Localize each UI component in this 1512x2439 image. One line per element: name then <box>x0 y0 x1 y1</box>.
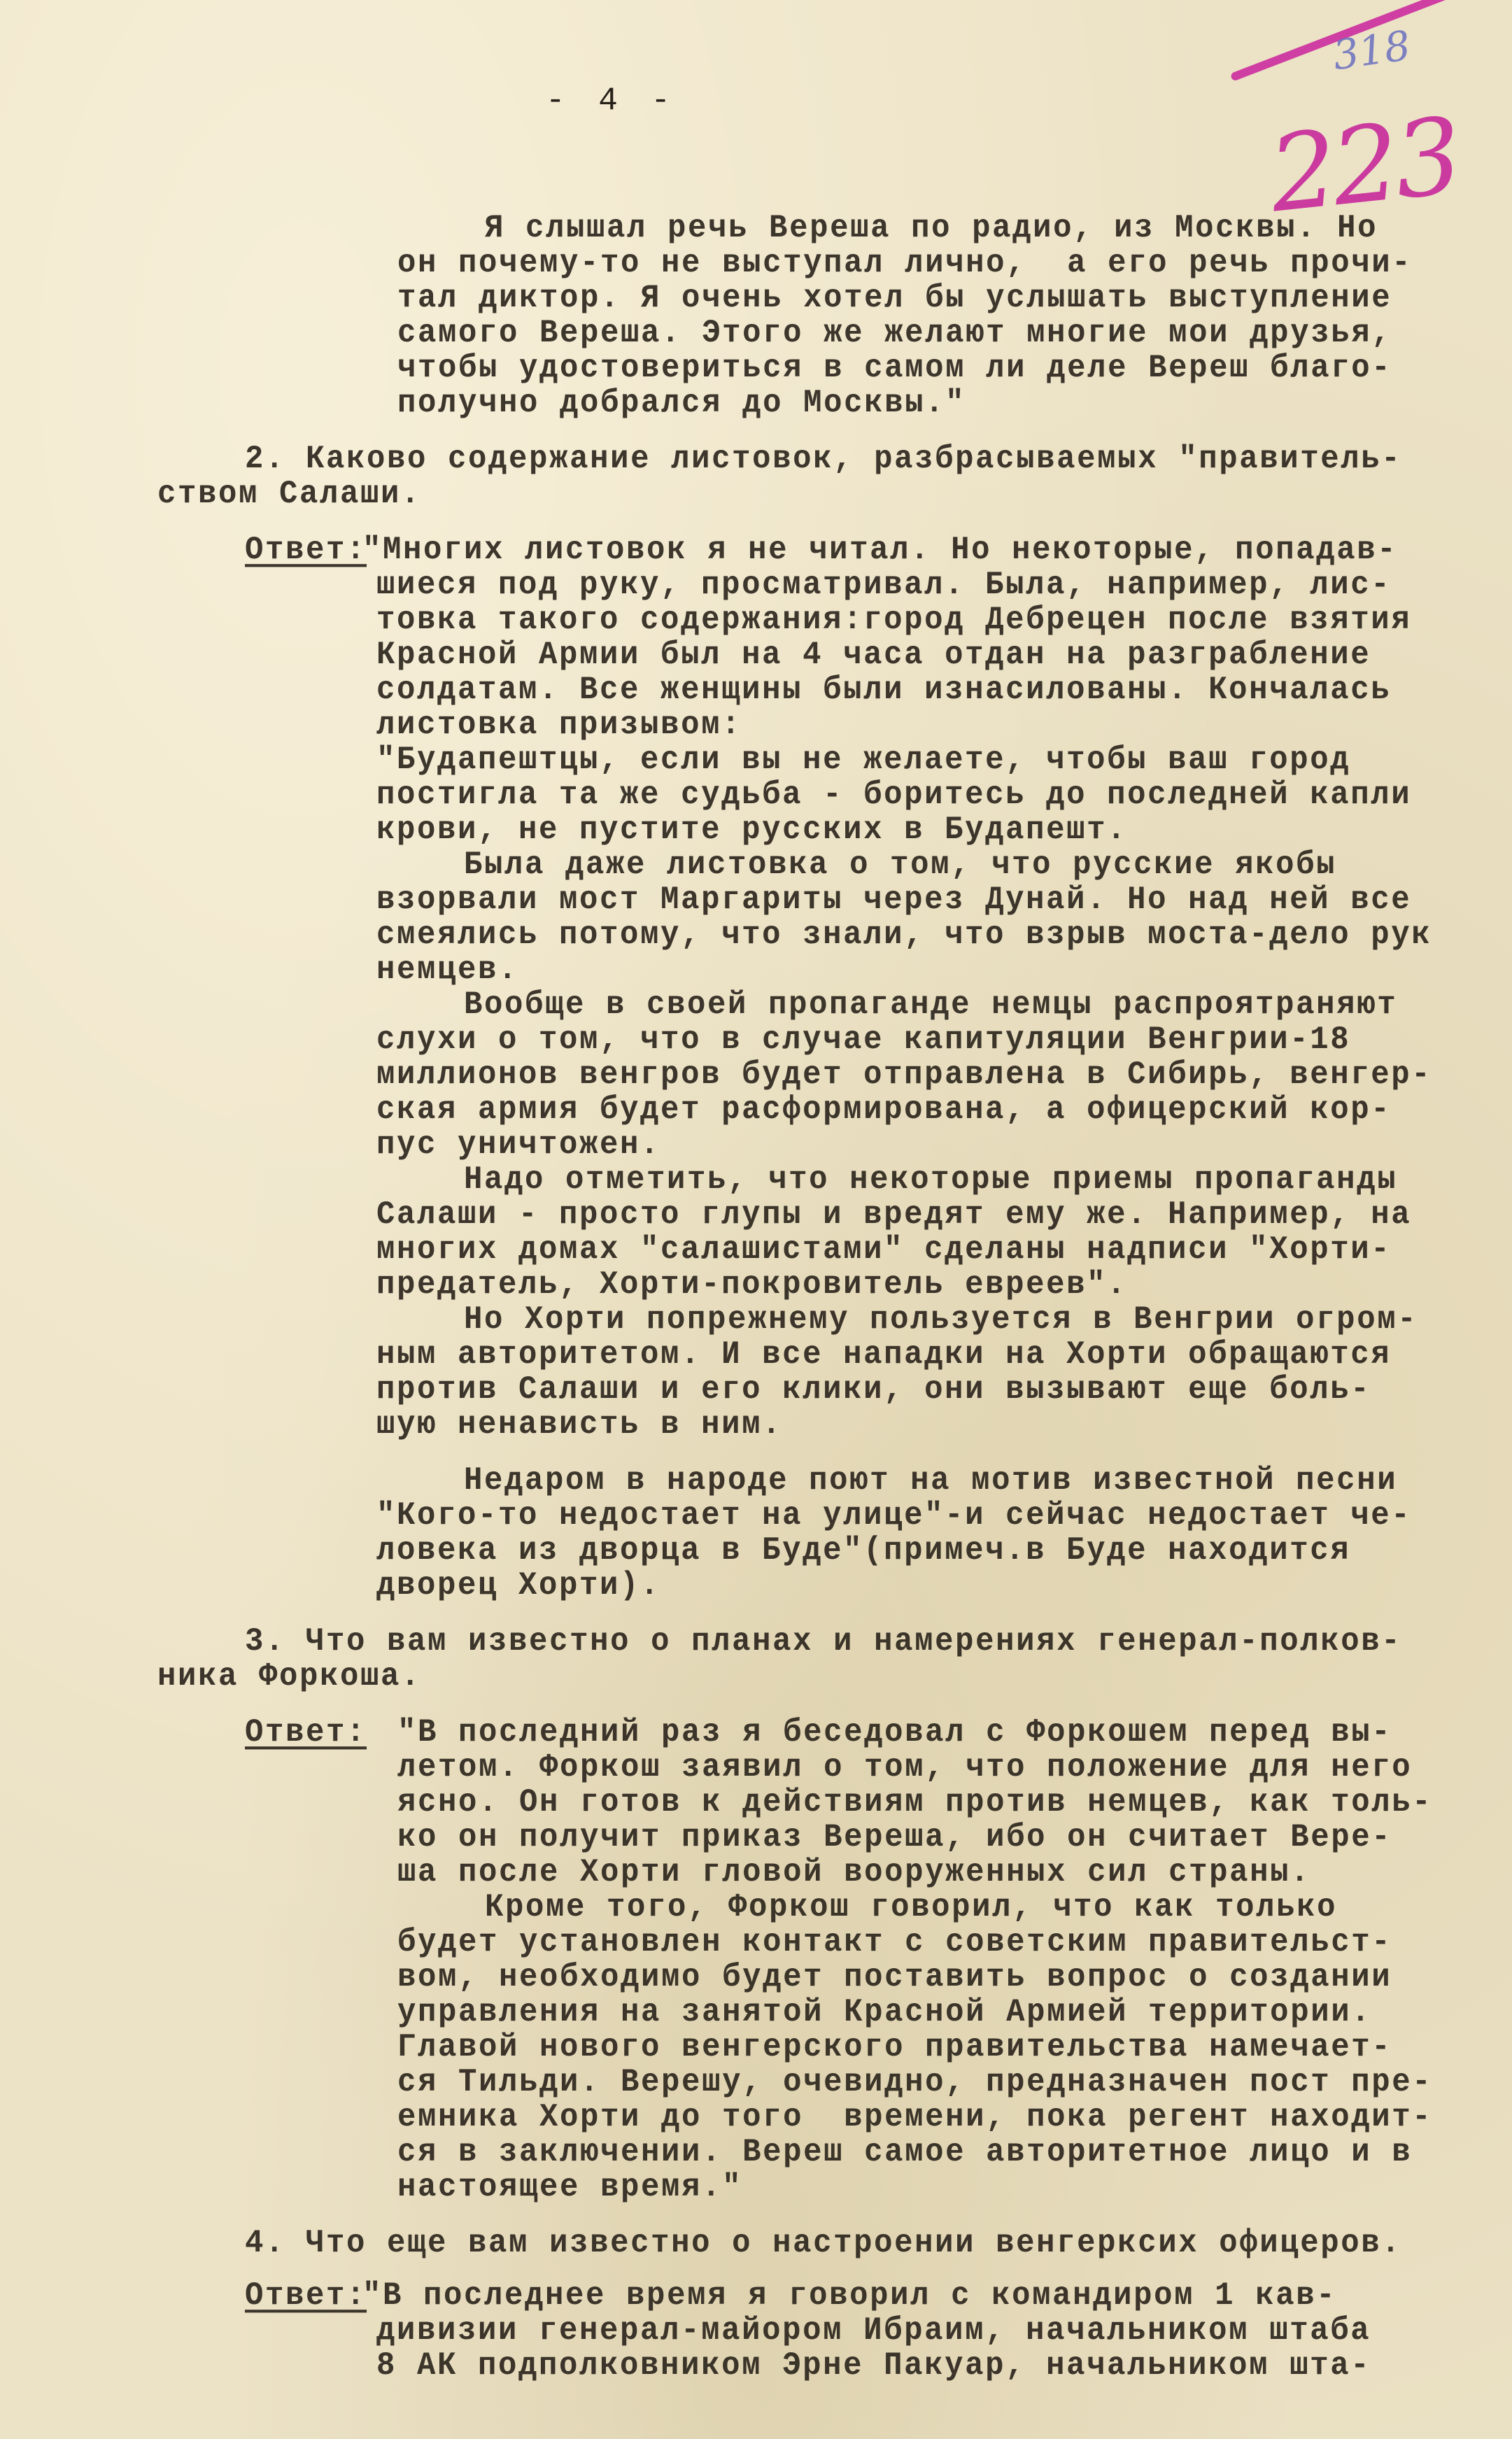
answer-line: настоящее время." <box>397 2169 742 2206</box>
question-2: 2. Каково содержание листовок, разбрасыв… <box>245 441 1401 478</box>
answer-line: ша после Хорти гловой вооруженных сил ст… <box>397 1854 1310 1891</box>
answer-line: взорвали мост Маргариты через Дунай. Но … <box>376 882 1411 919</box>
answer-line: крови, не пустите русских в Будапешт. <box>376 812 1127 849</box>
text-line: получно добрался до Москвы." <box>397 385 966 422</box>
answer-line: ся в заключении. Вереш самое авторитетно… <box>397 2134 1412 2171</box>
answer-line: летом. Форкош заявил о том, что положени… <box>397 1749 1412 1786</box>
answer-line: многих домах "салашистами" сделаны надпи… <box>376 1231 1391 1268</box>
answer-label: Ответ: <box>245 1714 367 1751</box>
answer-line: Надо отметить, что некоторые приемы проп… <box>464 1161 1397 1199</box>
answer-line: немцев. <box>376 952 518 989</box>
answer-line: солдатам. Все женщины были изнасилованы.… <box>376 672 1391 709</box>
answer-line: "В последний раз я беседовал с Форкошем … <box>397 1714 1392 1751</box>
question-3: 3. Что вам известно о планах и намерения… <box>245 1623 1401 1660</box>
answer-line: листовка призывом: <box>376 707 742 744</box>
answer-line: дворец Хорти). <box>376 1567 660 1604</box>
answer-line: будет установлен контакт с советским пра… <box>397 1924 1392 1961</box>
answer-line: ко он получит приказ Вереша, ибо он счит… <box>397 1819 1392 1856</box>
answer-line: "Будапештцы, если вы не желаете, чтобы в… <box>376 742 1350 779</box>
answer-line: ловека из дворца в Буде"(примеч.в Буде н… <box>376 1532 1350 1569</box>
answer-line: Вообще в своей пропаганде немцы распроят… <box>464 987 1397 1024</box>
answer-line: ся Тильди. Верешу, очевидно, предназначе… <box>397 2064 1432 2101</box>
page-number: - 4 - <box>546 83 677 119</box>
answer-line: Красной Армии был на 4 часа отдан на раз… <box>376 637 1371 674</box>
answer-line: против Салаши и его клики, они вызывают … <box>376 1371 1371 1408</box>
answer-line: постигла та же судьба - боритесь до посл… <box>376 777 1411 814</box>
question-4: 4. Что еще вам известно о настроении вен… <box>245 2225 1401 2262</box>
answer-line: ным авторитетом. И все нападки на Хорти … <box>376 1336 1391 1373</box>
crossed-out-sheet-number: 318 <box>1330 22 1413 80</box>
text-line: самого Вереша. Этого же желают многие мо… <box>397 315 1392 352</box>
answer-line: вом, необходимо будет поставить вопрос о… <box>397 1959 1392 1996</box>
answer-line: Но Хорти попрежнему пользуется в Венгрии… <box>464 1301 1418 1338</box>
answer-line: Недаром в народе поют на мотив известной… <box>464 1462 1397 1499</box>
answer-line: шую ненависть в ним. <box>376 1406 782 1443</box>
answer-line: Была даже листовка о том, что русские як… <box>464 847 1336 884</box>
answer-line: пус уничтожен. <box>376 1126 660 1164</box>
document-page: 318 223 - 4 - Я слышал речь Вереша по ра… <box>0 0 1512 2439</box>
answer-line: миллионов венгров будет отправлена в Сиб… <box>376 1056 1432 1094</box>
answer-label: Ответ: <box>245 532 367 569</box>
text-line: Я слышал речь Вереша по радио, из Москвы… <box>485 210 1378 247</box>
question-3: ника Форкоша. <box>157 1658 421 1695</box>
answer-line: ясно. Он готов к действиям против немцев… <box>397 1784 1432 1821</box>
answer-line: "В последнее время я говорил с командиро… <box>362 2277 1336 2314</box>
answer-line: товка такого содержания:город Дебрецен п… <box>376 602 1411 639</box>
answer-line: Салаши - просто глупы и вредят ему же. Н… <box>376 1196 1411 1233</box>
answer-line: дивизии генерал-майором Ибраим, начальни… <box>376 2312 1371 2349</box>
text-line: он почему-то не выступал лично, а его ре… <box>397 245 1412 282</box>
answer-line: емника Хорти до того времени, пока реген… <box>397 2099 1432 2136</box>
answer-line: "Многих листовок я не читал. Но некоторы… <box>362 532 1397 569</box>
answer-line: Главой нового венгерского правительства … <box>397 2029 1392 2066</box>
answer-line: Кроме того, Форкош говорил, что как толь… <box>485 1889 1337 1926</box>
answer-line: предатель, Хорти-покровитель евреев". <box>376 1266 1127 1303</box>
answer-line: шиеся под руку, просматривал. Была, напр… <box>376 567 1391 604</box>
answer-label: Ответ: <box>245 2277 367 2314</box>
answer-line: "Кого-то недостает на улице"-и сейчас не… <box>376 1497 1411 1534</box>
question-2: ством Салаши. <box>157 476 421 513</box>
answer-line: ская армия будет расформирована, а офице… <box>376 1091 1391 1129</box>
answer-line: слухи о том, что в случае капитуляции Ве… <box>376 1021 1350 1059</box>
answer-line: 8 АК подполковником Эрне Пакуар, начальн… <box>376 2347 1371 2384</box>
answer-line: управления на занятой Красной Армией тер… <box>397 1994 1371 2031</box>
text-line: чтобы удостовериться в самом ли деле Вер… <box>397 350 1392 387</box>
text-line: тал диктор. Я очень хотел бы услышать вы… <box>397 280 1392 317</box>
answer-line: смеялись потому, что знали, что взрыв мо… <box>376 917 1432 954</box>
